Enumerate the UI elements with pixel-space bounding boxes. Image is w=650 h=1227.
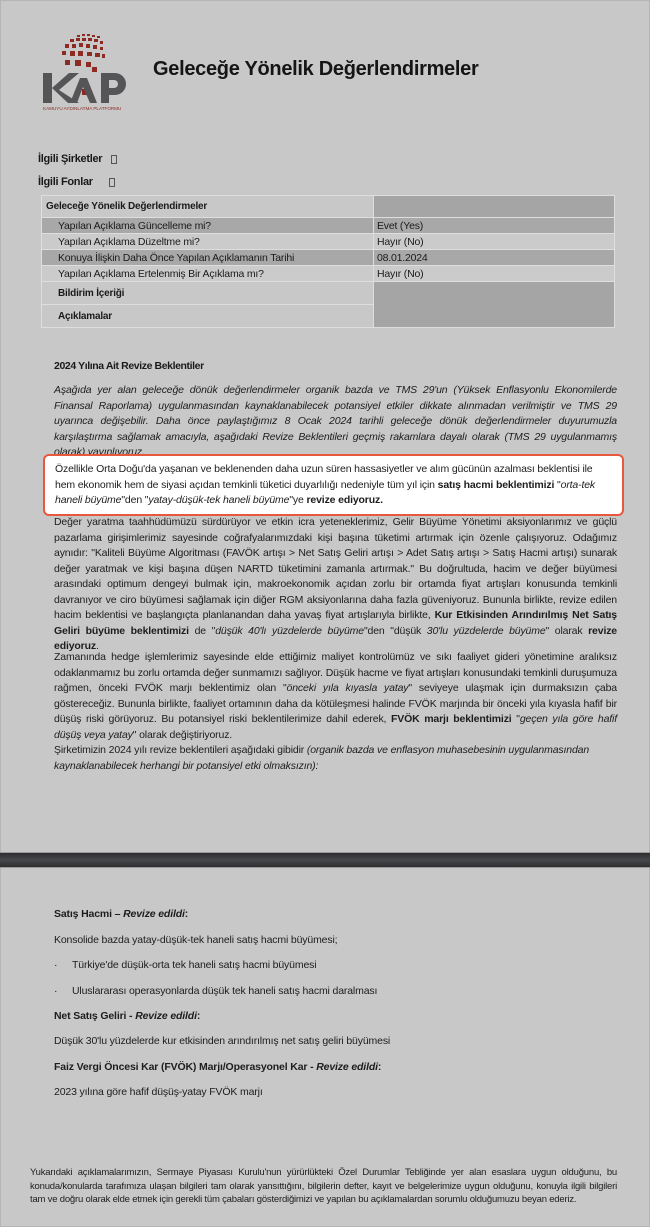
revenue-heading: Net Satış Geliri - Revize edildi: <box>54 1010 200 1022</box>
related-companies-toggle[interactable]: İlgili Şirketler <box>38 153 117 165</box>
paragraph-summary: Şirketimizin 2024 yılı revize beklentile… <box>54 743 617 774</box>
expand-icon[interactable] <box>109 178 115 187</box>
highlight-box: Özellikle Orta Doğu'da yaşanan ve beklen… <box>43 454 624 516</box>
page-title: Geleceğe Yönelik Değerlendirmeler <box>153 58 478 81</box>
row-value: Hayır (No) <box>374 266 615 282</box>
ebit-text: 2023 yılına göre hafif düşüş-yatay FVÖK … <box>54 1086 263 1098</box>
revenue-text: Düşük 30'lu yüzdelerde kur etkisinden ar… <box>54 1035 390 1047</box>
explanations-label: Açıklamalar <box>42 305 374 328</box>
content-label: Bildirim İçeriği <box>42 282 374 305</box>
intro-paragraph: Aşağıda yer alan geleceğe dönük değerlen… <box>54 383 617 461</box>
section-title: 2024 Yılına Ait Revize Beklentiler <box>54 360 204 372</box>
related-companies-label: İlgili Şirketler <box>38 153 102 165</box>
bullet-icon: · <box>54 985 58 997</box>
info-table-title: Geleceğe Yönelik Değerlendirmeler <box>42 196 374 218</box>
table-row: Yapılan Açıklama Ertelenmiş Bir Açıklama… <box>42 266 615 282</box>
row-value: Hayır (No) <box>374 234 615 250</box>
row-value: Evet (Yes) <box>374 218 615 234</box>
list-item: Uluslararası operasyonlarda düşük tek ha… <box>72 985 377 997</box>
header: KAMUYU AYDINLATMA PLATFORMU Geleceğe Yön… <box>0 0 650 125</box>
table-row: Yapılan Açıklama Güncelleme mi? Evet (Ye… <box>42 218 615 234</box>
related-funds-toggle[interactable]: İlgili Fonlar <box>38 176 115 188</box>
ebit-heading: Faiz Vergi Öncesi Kar (FVÖK) Marjı/Opera… <box>54 1061 381 1073</box>
expand-icon[interactable] <box>111 155 117 164</box>
volume-text: Konsolide bazda yatay-düşük-tek haneli s… <box>54 934 337 946</box>
volume-heading: Satış Hacmi – Revize edildi: <box>54 908 188 920</box>
row-value: 08.01.2024 <box>374 250 615 266</box>
svg-text:KAMUYU AYDINLATMA PLATFORMU: KAMUYU AYDINLATMA PLATFORMU <box>43 106 121 111</box>
table-row: Konuya İlişkin Daha Önce Yapılan Açıklam… <box>42 250 615 266</box>
paragraph-value-creation: Değer yaratma taahhüdümüzü sürdürüyor ve… <box>54 515 617 655</box>
paragraph-ebit: Zamanında hedge işlemlerimiz sayesinde e… <box>54 650 617 743</box>
info-table-header: Geleceğe Yönelik Değerlendirmeler <box>42 196 615 218</box>
row-label: Konuya İlişkin Daha Önce Yapılan Açıklam… <box>42 250 374 266</box>
row-label: Yapılan Açıklama Güncelleme mi? <box>42 218 374 234</box>
page-break-divider <box>0 852 650 868</box>
footer-disclaimer: Yukarıdaki açıklamalarımızın, Sermaye Pi… <box>30 1166 617 1207</box>
related-funds-label: İlgili Fonlar <box>38 176 93 188</box>
row-label: Yapılan Açıklama Düzeltme mi? <box>42 234 374 250</box>
kap-logo: KAMUYU AYDINLATMA PLATFORMU <box>37 33 137 113</box>
bullet-icon: · <box>54 959 58 971</box>
table-row: Yapılan Açıklama Düzeltme mi? Hayır (No) <box>42 234 615 250</box>
info-table: Geleceğe Yönelik Değerlendirmeler Yapıla… <box>41 195 615 328</box>
table-row: Bildirim İçeriği <box>42 282 615 305</box>
list-item: Türkiye'de düşük-orta tek haneli satış h… <box>72 959 316 971</box>
row-label: Yapılan Açıklama Ertelenmiş Bir Açıklama… <box>42 266 374 282</box>
